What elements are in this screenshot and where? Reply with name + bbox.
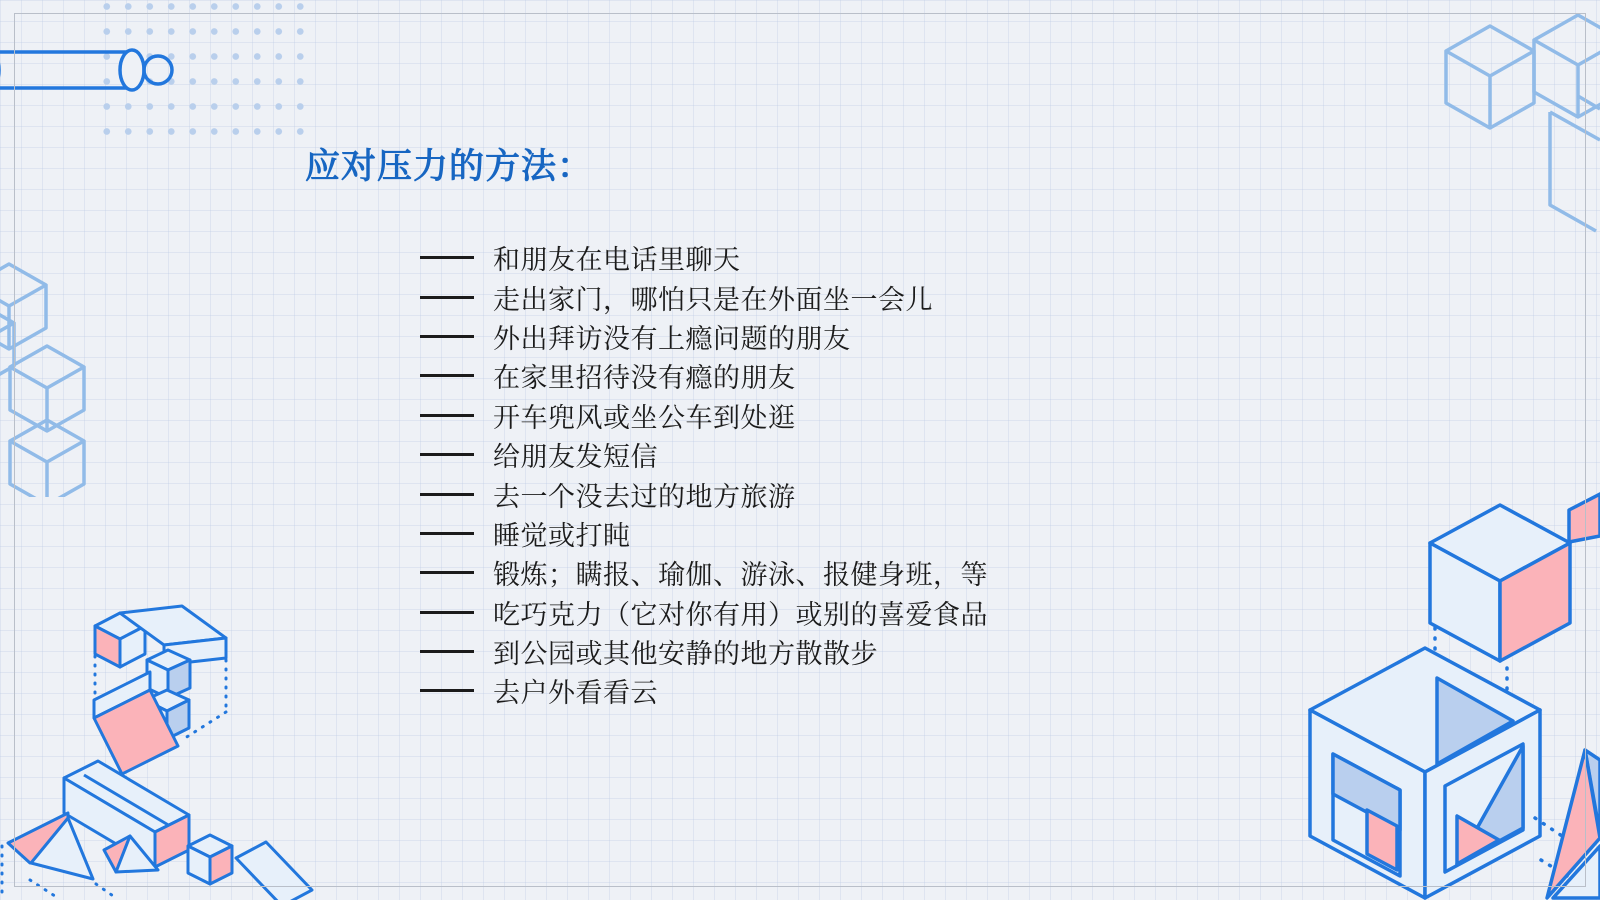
- list-item-text: 外出拜访没有上瘾问题的朋友: [493, 317, 851, 356]
- list-item-text: 和朋友在电话里聊天: [493, 238, 741, 277]
- list-item: 开车兜风或坐公车到处逛: [420, 396, 988, 435]
- wireframe-cubes-icon: [1428, 0, 1600, 245]
- list-item-text: 走出家门，哪怕只是在外面坐一会儿: [493, 278, 933, 317]
- list-item-text: 给朋友发短信: [493, 435, 658, 474]
- list-item: 去户外看看云: [420, 671, 988, 710]
- em-dash-bullet: [420, 689, 474, 692]
- list-item: 给朋友发短信: [420, 435, 988, 474]
- em-dash-bullet: [420, 532, 474, 535]
- list-item: 锻炼；瞒报、瑜伽、游泳、报健身班，等: [420, 553, 988, 592]
- list-item-text: 睡觉或打盹: [493, 514, 631, 553]
- list-item: 睡觉或打盹: [420, 514, 988, 553]
- hollow-cube-group-icon: [1285, 478, 1600, 900]
- pipe-cylinder-icon: [0, 48, 192, 96]
- em-dash-bullet: [420, 374, 474, 377]
- list-item-text: 开车兜风或坐公车到处逛: [493, 396, 796, 435]
- presentation-slide: 应对压力的方法： 和朋友在电话里聊天 走出家门，哪怕只是在外面坐一会儿 外出拜访…: [0, 0, 1600, 900]
- em-dash-bullet: [420, 453, 474, 456]
- list-item: 吃巧克力（它对你有用）或别的喜爱食品: [420, 593, 988, 632]
- list-item: 和朋友在电话里聊天: [420, 238, 988, 277]
- isometric-block-cluster-icon: [0, 600, 340, 900]
- list-item: 外出拜访没有上瘾问题的朋友: [420, 317, 988, 356]
- list-item: 走出家门，哪怕只是在外面坐一会儿: [420, 277, 988, 316]
- list-item-text: 吃巧克力（它对你有用）或别的喜爱食品: [493, 593, 988, 632]
- em-dash-bullet: [420, 335, 474, 338]
- list-item: 去一个没去过的地方旅游: [420, 474, 988, 513]
- list-item-text: 在家里招待没有瘾的朋友: [493, 356, 796, 395]
- stress-coping-list: 和朋友在电话里聊天 走出家门，哪怕只是在外面坐一会儿 外出拜访没有上瘾问题的朋友…: [420, 238, 988, 711]
- list-item: 在家里招待没有瘾的朋友: [420, 356, 988, 395]
- em-dash-bullet: [420, 296, 474, 299]
- em-dash-bullet: [420, 650, 474, 653]
- list-item: 到公园或其他安静的地方散散步: [420, 632, 988, 671]
- em-dash-bullet: [420, 256, 474, 259]
- list-item-text: 去户外看看云: [493, 671, 658, 710]
- em-dash-bullet: [420, 611, 474, 614]
- wireframe-cubes-icon: [0, 262, 114, 497]
- list-item-text: 到公园或其他安静的地方散散步: [493, 632, 878, 671]
- slide-title: 应对压力的方法：: [305, 139, 593, 189]
- em-dash-bullet: [420, 571, 474, 574]
- list-item-text: 锻炼；瞒报、瑜伽、游泳、报健身班，等: [493, 553, 988, 592]
- list-item-text: 去一个没去过的地方旅游: [493, 475, 796, 514]
- em-dash-bullet: [420, 414, 474, 417]
- dot-grid-icon: [96, 0, 310, 136]
- em-dash-bullet: [420, 493, 474, 496]
